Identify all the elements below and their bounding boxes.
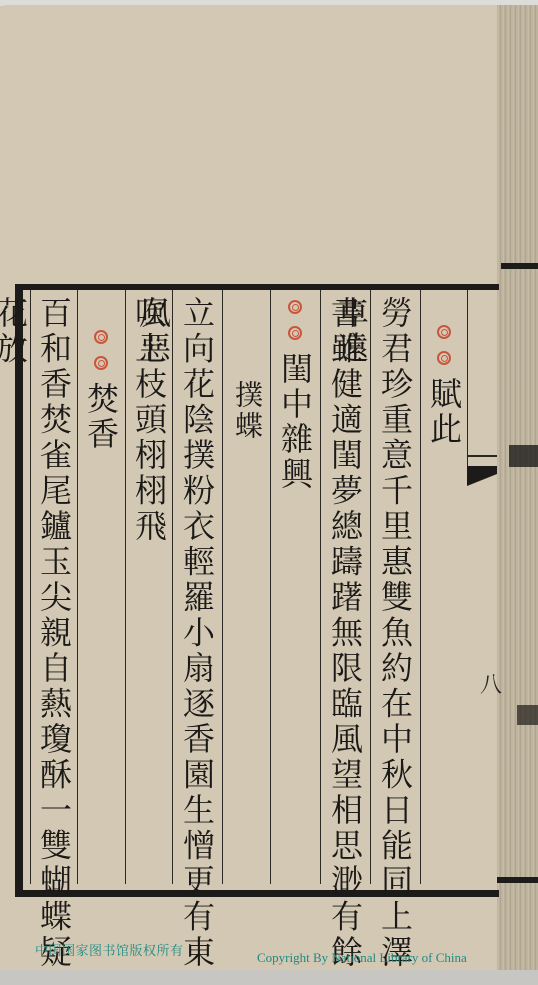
heading-text: 焚香 (79, 382, 123, 452)
background-strip (0, 970, 538, 985)
page-edges (497, 5, 538, 980)
column-rule (370, 290, 371, 884)
copyright-cn: 中国国家图书馆版权所有 (35, 940, 184, 959)
column-rule (222, 290, 223, 884)
subheading-text: 撲蝶 (225, 380, 269, 442)
column-rule (30, 290, 31, 884)
column-rule (420, 290, 421, 884)
column-rule (270, 290, 271, 884)
edge-ink-mark (501, 263, 538, 269)
seal-circle-icon (288, 326, 302, 340)
text-column: 吹上枝頭栩栩飛 (127, 296, 171, 545)
copyright-en: Copyright By National Library of China (257, 950, 467, 966)
seal-circle-icon (94, 330, 108, 344)
text-column: 勞君珍重意千里惠雙魚約在中秋日能同上澤車遠 (373, 296, 417, 985)
edge-ink-mark (517, 705, 538, 725)
edge-ink-mark (509, 445, 538, 467)
edge-ink-mark (497, 877, 538, 883)
column-heading-3: 焚香 (79, 330, 123, 452)
column-rule (125, 290, 126, 884)
heading-text: 賦此 (422, 377, 466, 447)
text-column: 百和香焚雀尾鑪玉尖親自爇瓊酥一雙蝴蝶疑花放 (32, 296, 76, 985)
column-heading-1: 賦此 (422, 325, 466, 447)
seal-circle-icon (94, 356, 108, 370)
column-rule (77, 290, 78, 884)
column-rule (172, 290, 173, 884)
page-number-mark: 八 (480, 668, 502, 699)
seal-circle-icon (437, 351, 451, 365)
seal-circle-icon (437, 325, 451, 339)
seal-circle-icon (288, 300, 302, 314)
column-subheading: 撲蝶 (225, 380, 269, 442)
column-heading-2: 閨中雜興 (273, 300, 317, 492)
heading-text: 閨中雜興 (273, 352, 317, 492)
column-rule (320, 290, 321, 884)
text-column: 立向花陰撲粉衣輕羅小扇逐香園生憎更有東風惡 (175, 296, 219, 985)
frame-right-rule (467, 290, 468, 466)
fishtail-line (467, 455, 497, 457)
text-column: 書雖健適閨夢總躊躇無限臨風望相思渺有餘 (323, 296, 367, 971)
